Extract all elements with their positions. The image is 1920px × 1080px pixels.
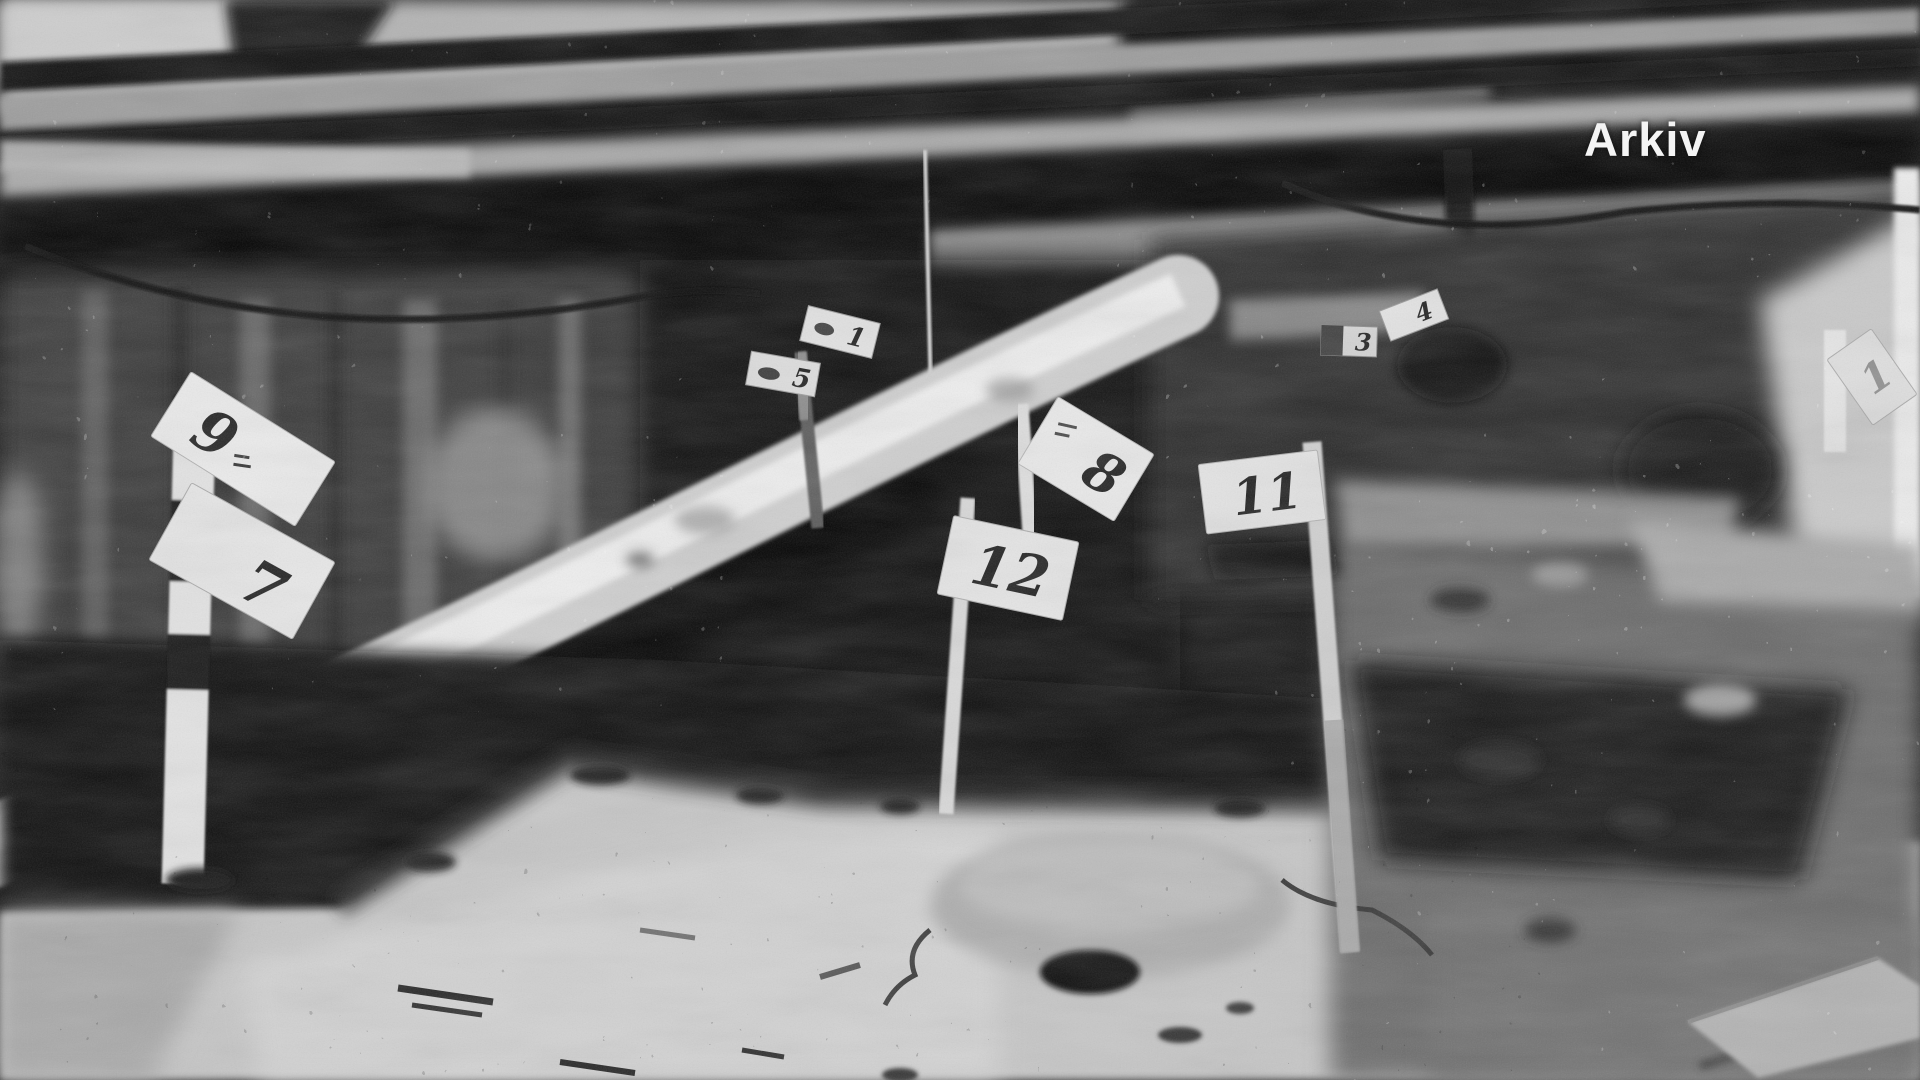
video-frame: 9 7 1 5 8 1 xyxy=(0,0,1920,1080)
archive-watermark: Arkiv xyxy=(1584,116,1707,163)
